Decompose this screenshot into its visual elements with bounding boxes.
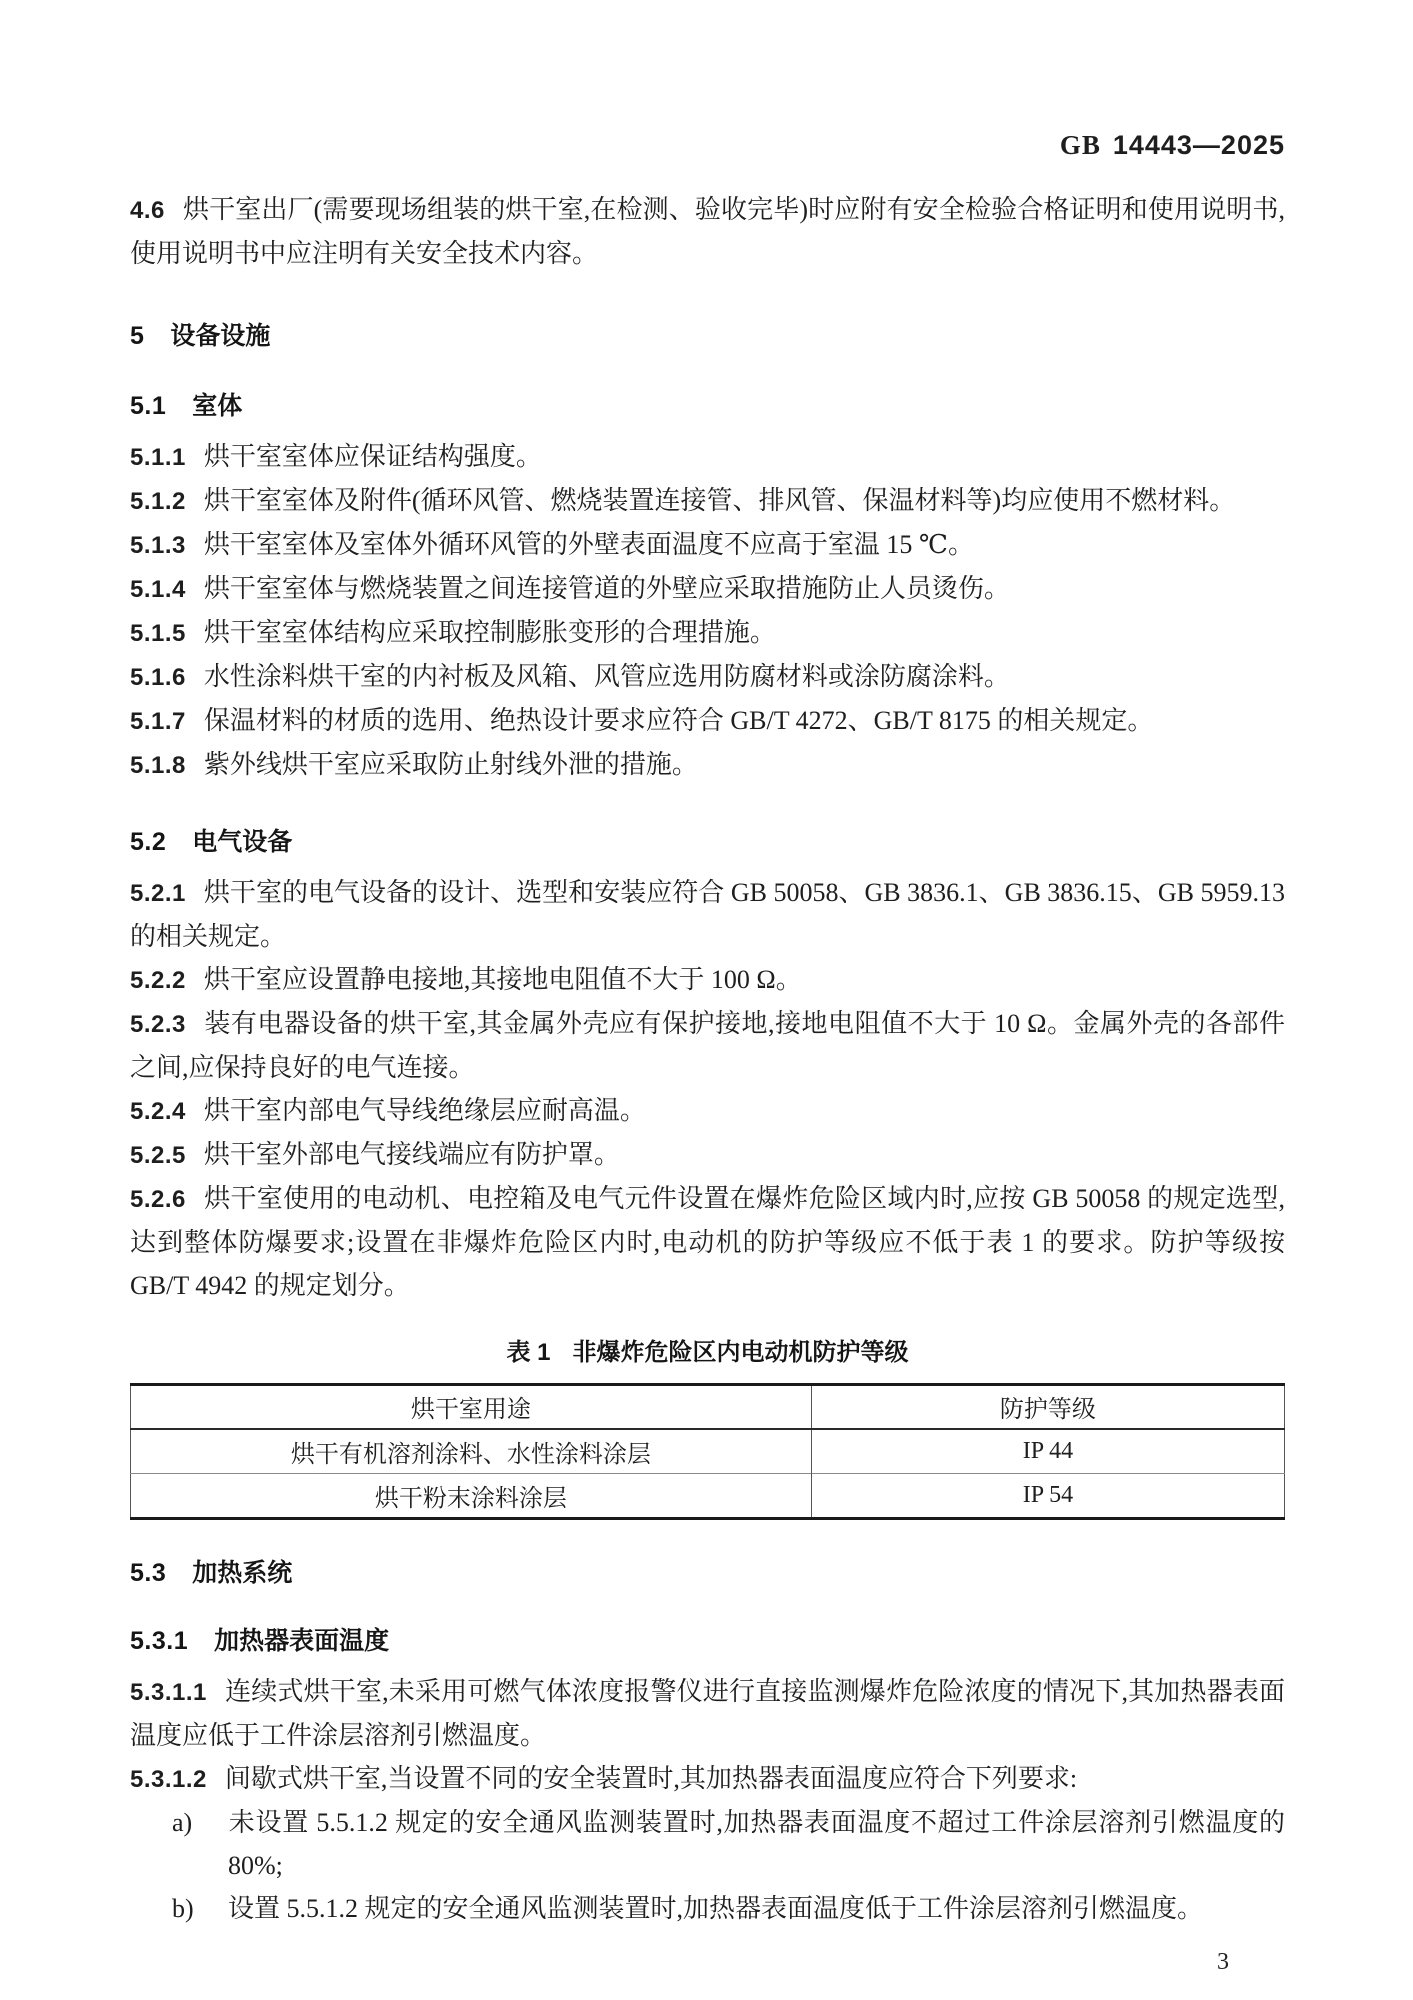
table-1-header: 烘干室用途 防护等级 [131, 1385, 1285, 1429]
clause-5-1-3: 5.1.3烘干室室体及室体外循环风管的外壁表面温度不应高于室温 15 ℃。 [130, 523, 1285, 567]
clause-text: 烘干室外部电气接线端应有防护罩。 [204, 1140, 620, 1169]
clause-5-3-1-1: 5.3.1.1连续式烘干室,未采用可燃气体浓度报警仪进行直接监测爆炸危险浓度的情… [130, 1670, 1285, 1757]
section-title: 加热系统 [192, 1559, 292, 1587]
list-item-text: 设置 5.5.1.2 规定的安全通风监测装置时,加热器表面温度低于工件涂层溶剂引… [228, 1894, 1203, 1923]
table-cell-usage: 烘干粉末涂料涂层 [131, 1474, 812, 1519]
clause-text: 烘干室的电气设备的设计、选型和安装应符合 GB 50058、GB 3836.1、… [130, 878, 1285, 951]
clause-5-2-6: 5.2.6烘干室使用的电动机、电控箱及电气元件设置在爆炸危险区域内时,应按 GB… [130, 1177, 1285, 1307]
clause-5-1-5: 5.1.5烘干室室体结构应采取控制膨胀变形的合理措施。 [130, 611, 1285, 655]
section-heading-5: 5设备设施 [130, 321, 1285, 351]
section-heading-5-3-1: 5.3.1加热器表面温度 [130, 1626, 1285, 1656]
list-item-b: b)设置 5.5.1.2 规定的安全通风监测装置时,加热器表面温度低于工件涂层溶… [130, 1887, 1285, 1930]
clause-5-1-8: 5.1.8紫外线烘干室应采取防止射线外泄的措施。 [130, 743, 1285, 787]
clause-4-6: 4.6烘干室出厂(需要现场组装的烘干室,在检测、验收完毕)时应附有安全检验合格证… [130, 188, 1285, 275]
clause-text: 连续式烘干室,未采用可燃气体浓度报警仪进行直接监测爆炸危险浓度的情况下,其加热器… [130, 1677, 1285, 1750]
clause-number: 5.2.3 [130, 1011, 186, 1038]
clause-number: 5.1.6 [130, 664, 186, 691]
clause-text: 烘干室室体及室体外循环风管的外壁表面温度不应高于室温 15 ℃。 [204, 530, 974, 559]
section-number: 5.3.1 [130, 1627, 188, 1655]
clause-number: 4.6 [130, 197, 165, 224]
page-number: 3 [130, 1948, 1285, 1976]
table-row: 烘干有机溶剂涂料、水性涂料涂层 IP 44 [131, 1429, 1285, 1474]
section-title: 设备设施 [170, 322, 270, 350]
clause-5-1-2: 5.1.2烘干室室体及附件(循环风管、燃烧装置连接管、排风管、保温材料等)均应使… [130, 479, 1285, 523]
clause-5-2-1: 5.2.1烘干室的电气设备的设计、选型和安装应符合 GB 50058、GB 38… [130, 871, 1285, 958]
section-heading-5-2: 5.2电气设备 [130, 827, 1285, 857]
clause-text: 保温材料的材质的选用、绝热设计要求应符合 GB/T 4272、GB/T 8175… [204, 706, 1154, 735]
table-col-header-rating: 防护等级 [811, 1385, 1284, 1429]
table-header-row: 烘干室用途 防护等级 [131, 1385, 1285, 1429]
table-1: 烘干室用途 防护等级 烘干有机溶剂涂料、水性涂料涂层 IP 44 烘干粉末涂料涂… [130, 1383, 1285, 1520]
clause-number: 5.1.2 [130, 488, 186, 515]
clause-text: 紫外线烘干室应采取防止射线外泄的措施。 [204, 750, 698, 779]
clause-number: 5.2.2 [130, 967, 186, 994]
clause-number: 5.1.1 [130, 444, 186, 471]
standard-code-prefix: GB [1060, 130, 1101, 160]
clause-text: 烘干室应设置静电接地,其接地电阻值不大于 100 Ω。 [204, 965, 802, 994]
table-cell-rating: IP 44 [811, 1429, 1284, 1474]
section-title: 加热器表面温度 [214, 1627, 389, 1655]
standard-code-number: 14443—2025 [1113, 130, 1285, 160]
clause-number: 5.1.4 [130, 576, 186, 603]
clause-text: 水性涂料烘干室的内衬板及风箱、风管应选用防腐材料或涂防腐涂料。 [204, 662, 1010, 691]
clause-text: 烘干室室体应保证结构强度。 [204, 442, 542, 471]
clause-text: 烘干室室体结构应采取控制膨胀变形的合理措施。 [204, 618, 776, 647]
section-heading-5-3: 5.3加热系统 [130, 1558, 1285, 1588]
clause-number: 5.1.3 [130, 532, 186, 559]
clause-5-2-4: 5.2.4烘干室内部电气导线绝缘层应耐高温。 [130, 1089, 1285, 1133]
section-heading-5-1: 5.1室体 [130, 391, 1285, 421]
section-number: 5 [130, 322, 144, 350]
clause-text: 烘干室室体及附件(循环风管、燃烧装置连接管、排风管、保温材料等)均应使用不燃材料… [204, 486, 1235, 515]
list-item-text: 未设置 5.5.1.2 规定的安全通风监测装置时,加热器表面温度不超过工件涂层溶… [228, 1808, 1285, 1880]
clause-text: 烘干室室体与燃烧装置之间连接管道的外壁应采取措施防止人员烫伤。 [204, 574, 1010, 603]
document-page: GB14443—2025 4.6烘干室出厂(需要现场组装的烘干室,在检测、验收完… [0, 0, 1413, 2000]
clause-number: 5.2.4 [130, 1098, 186, 1125]
clause-5-1-4: 5.1.4烘干室室体与燃烧装置之间连接管道的外壁应采取措施防止人员烫伤。 [130, 567, 1285, 611]
clause-number: 5.2.6 [130, 1186, 186, 1213]
clause-5-1-7: 5.1.7保温材料的材质的选用、绝热设计要求应符合 GB/T 4272、GB/T… [130, 699, 1285, 743]
clause-text: 间歇式烘干室,当设置不同的安全装置时,其加热器表面温度应符合下列要求: [225, 1764, 1077, 1793]
section-number: 5.3 [130, 1559, 166, 1587]
clause-text: 装有电器设备的烘干室,其金属外壳应有保护接地,接地电阻值不大于 10 Ω。金属外… [130, 1009, 1285, 1082]
clause-group-5-2: 5.2.1烘干室的电气设备的设计、选型和安装应符合 GB 50058、GB 38… [130, 871, 1285, 1307]
table-cell-usage: 烘干有机溶剂涂料、水性涂料涂层 [131, 1429, 812, 1474]
section-title: 室体 [192, 392, 242, 420]
clause-number: 5.2.1 [130, 880, 186, 907]
table-1-caption: 表 1非爆炸危险区内电动机防护等级 [130, 1339, 1285, 1367]
clause-number: 5.1.5 [130, 620, 186, 647]
clause-number: 5.1.8 [130, 752, 186, 779]
list-item-label: b) [172, 1887, 228, 1930]
list-item-a: a)未设置 5.5.1.2 规定的安全通风监测装置时,加热器表面温度不超过工件涂… [130, 1801, 1285, 1887]
requirement-list: a)未设置 5.5.1.2 规定的安全通风监测装置时,加热器表面温度不超过工件涂… [130, 1801, 1285, 1930]
section-number: 5.2 [130, 828, 166, 856]
clause-5-1-1: 5.1.1烘干室室体应保证结构强度。 [130, 435, 1285, 479]
table-cell-rating: IP 54 [811, 1474, 1284, 1519]
table-1-caption-title: 非爆炸危险区内电动机防护等级 [573, 1339, 909, 1366]
clause-text: 烘干室出厂(需要现场组装的烘干室,在检测、验收完毕)时应附有安全检验合格证明和使… [130, 195, 1285, 268]
clause-5-2-5: 5.2.5烘干室外部电气接线端应有防护罩。 [130, 1133, 1285, 1177]
clause-text: 烘干室内部电气导线绝缘层应耐高温。 [204, 1096, 646, 1125]
table-1-caption-label: 表 1 [506, 1339, 550, 1366]
clause-5-1-6: 5.1.6水性涂料烘干室的内衬板及风箱、风管应选用防腐材料或涂防腐涂料。 [130, 655, 1285, 699]
clause-group-5-3-1: 5.3.1.1连续式烘干室,未采用可燃气体浓度报警仪进行直接监测爆炸危险浓度的情… [130, 1670, 1285, 1930]
section-number: 5.1 [130, 392, 166, 420]
table-col-header-usage: 烘干室用途 [131, 1385, 812, 1429]
standard-code: GB14443—2025 [130, 130, 1285, 160]
clause-number: 5.1.7 [130, 708, 186, 735]
clause-group-5-1: 5.1.1烘干室室体应保证结构强度。 5.1.2烘干室室体及附件(循环风管、燃烧… [130, 435, 1285, 787]
clause-number: 5.2.5 [130, 1142, 186, 1169]
clause-5-2-2: 5.2.2烘干室应设置静电接地,其接地电阻值不大于 100 Ω。 [130, 958, 1285, 1002]
section-title: 电气设备 [192, 828, 292, 856]
clause-5-2-3: 5.2.3装有电器设备的烘干室,其金属外壳应有保护接地,接地电阻值不大于 10 … [130, 1002, 1285, 1089]
clause-number: 5.3.1.1 [130, 1679, 207, 1706]
clause-number: 5.3.1.2 [130, 1766, 207, 1793]
clause-text: 烘干室使用的电动机、电控箱及电气元件设置在爆炸危险区域内时,应按 GB 5005… [130, 1184, 1285, 1300]
table-1-body: 烘干有机溶剂涂料、水性涂料涂层 IP 44 烘干粉末涂料涂层 IP 54 [131, 1429, 1285, 1519]
table-row: 烘干粉末涂料涂层 IP 54 [131, 1474, 1285, 1519]
clause-5-3-1-2: 5.3.1.2间歇式烘干室,当设置不同的安全装置时,其加热器表面温度应符合下列要… [130, 1757, 1285, 1801]
list-item-label: a) [172, 1801, 228, 1844]
